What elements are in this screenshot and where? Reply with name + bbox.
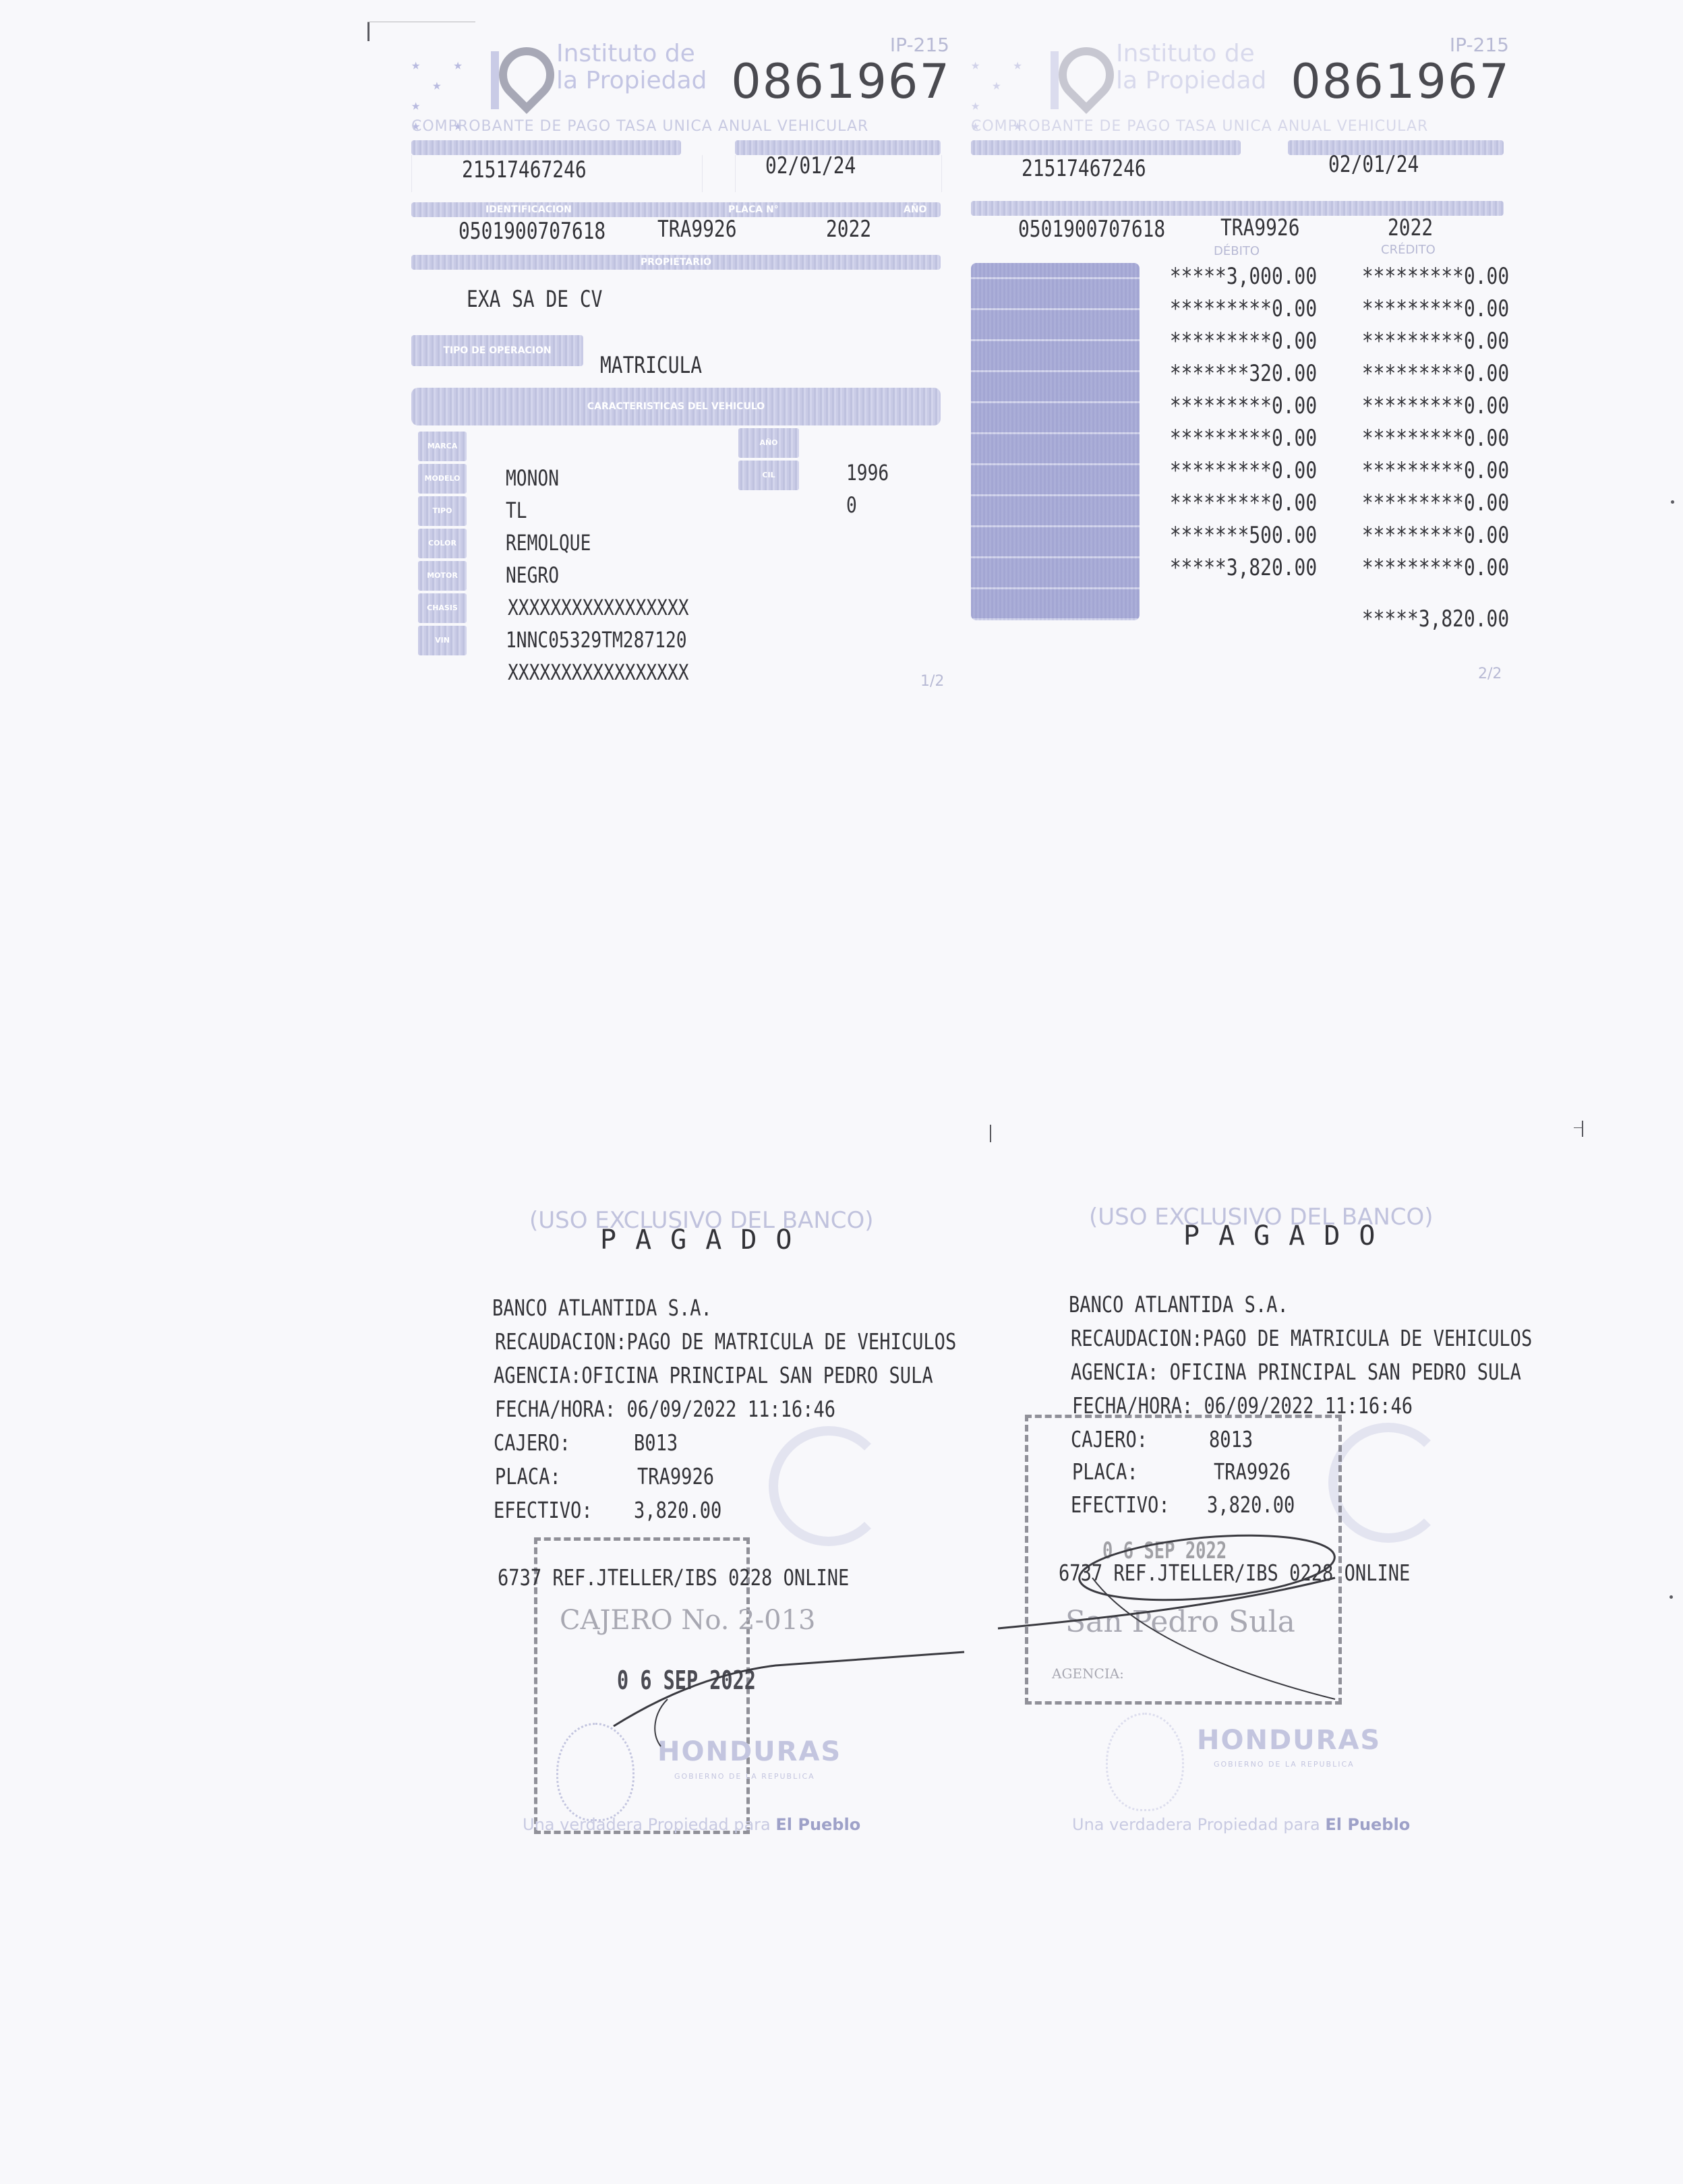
signature [492, 1200, 499, 1207]
credit-amount: *********0.00 [1362, 554, 1509, 581]
credit-amount: *********0.00 [1362, 425, 1509, 452]
cajero-label: CAJERO: [494, 1429, 570, 1456]
slogan: Una verdadera Propiedad para El Pueblo [523, 1815, 860, 1834]
credit-amount: *********0.00 [1362, 522, 1509, 549]
tipo-label: TIPO [418, 496, 467, 526]
fecha-value: 02/01/24 [1328, 151, 1419, 178]
amounts-table: *****3,000.00*********0.00*********0.00*… [971, 263, 1510, 641]
credit-amount: *********0.00 [1362, 263, 1509, 290]
stamp-agency: AGENCIA: [1052, 1665, 1124, 1682]
debit-amount: *****3,820.00 [1170, 554, 1317, 581]
chasis-value: 1NNC05329TM287120 [506, 627, 687, 653]
efectivo-label: EFECTIVO: [494, 1497, 593, 1523]
stars-icon: ★ ★ ★ ★★ ★ [971, 55, 1045, 116]
faint-stamp-circle [769, 1426, 889, 1546]
amount-row: *********0.00*********0.00 [1145, 425, 1509, 457]
caracteristicas-header: CARACTERISTICAS DEL VEHICULO [411, 388, 941, 425]
comprobante-value: 21517467246 [462, 156, 587, 183]
debit-amount: *********0.00 [1170, 295, 1317, 322]
amount-row-labels [971, 263, 1140, 620]
paid-status: PAGADO [600, 1224, 811, 1256]
reference-line: 6737 REF.JTELLER/IBS 0228 ONLINE [498, 1564, 849, 1591]
signature [1052, 1200, 1059, 1207]
placa-label: PLACA: [495, 1463, 561, 1489]
institute-name: Instituto de la Propiedad [1116, 40, 1266, 94]
placa-value: TRA9926 [637, 1463, 714, 1489]
bank-name: BANCO ATLANTIDA S.A. [492, 1295, 712, 1321]
fecha-hora-line: FECHA/HORA: 06/09/2022 11:16:46 [495, 1396, 835, 1422]
propietario-value: EXA SA DE CV [467, 286, 602, 313]
scan-tick-mark [990, 1125, 991, 1142]
agencia-line: AGENCIA: OFICINA PRINCIPAL SAN PEDRO SUL… [1071, 1359, 1521, 1385]
logo-bar [1051, 51, 1059, 109]
balance-value: *****3,820.00 [1362, 606, 1509, 632]
stamp-cashier-number: CAJERO No. 2-013 [560, 1605, 815, 1636]
tipo-operacion-header: TIPO DE OPERACION [411, 335, 583, 366]
amount-row: *****3,820.00*********0.00 [1145, 554, 1509, 587]
institute-logo: ★ ★ ★ ★★ ★ Instituto de la Propiedad [411, 40, 721, 128]
stamp-city: San Pedro Sula [1065, 1605, 1295, 1639]
debit-amount: *********0.00 [1170, 392, 1317, 419]
cajero-value: B013 [634, 1429, 678, 1456]
cil-value: 0 [846, 492, 857, 518]
scan-tick-mark [1574, 1127, 1583, 1128]
amount-row: *********0.00*********0.00 [1145, 295, 1509, 328]
document-title: COMPROBANTE DE PAGO TASA UNICA ANUAL VEH… [411, 118, 951, 135]
scan-tick-mark [1582, 1121, 1583, 1137]
document-title: COMPROBANTE DE PAGO TASA UNICA ANUAL VEH… [971, 118, 1510, 135]
cil-label: CIL [738, 461, 799, 490]
paid-status: PAGADO [1183, 1220, 1394, 1251]
placa-value: TRA9926 [657, 216, 737, 243]
scan-dot [1670, 1595, 1673, 1599]
debit-amount: *******500.00 [1170, 522, 1317, 549]
vin-value: XXXXXXXXXXXXXXXXX [508, 659, 689, 685]
anio-modelo-label: AÑO [738, 428, 799, 458]
page-indicator: 1/2 [920, 673, 944, 690]
credito-header: CRÉDITO [1381, 243, 1436, 257]
debit-amount: *********0.00 [1170, 425, 1317, 452]
modelo-label: MODELO [418, 464, 467, 494]
stars-icon: ★ ★ ★ ★★ ★ [411, 55, 485, 116]
tipo-operacion-value: MATRICULA [600, 352, 702, 379]
identificacion-value: 0501900707618 [459, 218, 606, 245]
comprobante-header [411, 140, 681, 155]
government-subtitle: GOBIERNO DE LA REPUBLICA [1214, 1760, 1355, 1769]
bank-receipt-stamp: (USO EXCLUSIVO DEL BANCO) PAGADO BANCO A… [1052, 1200, 1605, 1875]
government-subtitle: GOBIERNO DE LA REPUBLICA [674, 1772, 815, 1781]
debito-header: DÉBITO [1214, 244, 1260, 258]
credit-amount: *********0.00 [1362, 328, 1509, 355]
form-code: IP-215 [1450, 34, 1509, 56]
scan-dot [1671, 500, 1674, 504]
marca-label: MARCA [418, 432, 467, 461]
institute-logo: ★ ★ ★ ★★ ★ Instituto de la Propiedad [971, 40, 1281, 128]
amount-row: *********0.00*********0.00 [1145, 328, 1509, 360]
credit-amount: *********0.00 [1362, 360, 1509, 387]
faint-stamp-circle [1328, 1423, 1448, 1543]
payment-slip-vehicle-info: ★ ★ ★ ★★ ★ Instituto de la Propiedad IP-… [411, 27, 951, 695]
modelo-value: TL [506, 498, 527, 523]
amount-row: *******320.00*********0.00 [1145, 360, 1509, 392]
identificacion-header: IDENTIFICACION PLACA N° AÑO [411, 202, 941, 217]
amount-row: *******500.00*********0.00 [1145, 522, 1509, 554]
tipo-value: REMOLQUE [506, 530, 591, 556]
page-indicator: 2/2 [1478, 666, 1502, 682]
institute-name: Instituto de la Propiedad [556, 40, 707, 94]
anio-value: 2022 [1388, 214, 1433, 241]
motor-label: MOTOR [418, 561, 467, 591]
agencia-line: AGENCIA:OFICINA PRINCIPAL SAN PEDRO SULA [494, 1362, 933, 1388]
credit-amount: *********0.00 [1362, 295, 1509, 322]
comprobante-header [971, 140, 1241, 155]
bank-name: BANCO ATLANTIDA S.A. [1069, 1291, 1289, 1318]
marca-value: MONON [506, 465, 559, 491]
identificacion-header [971, 201, 1504, 216]
placa-value: TRA9926 [1220, 214, 1300, 241]
scan-corner-mark [367, 22, 475, 22]
propietario-header: PROPIETARIO [411, 255, 941, 270]
location-pin-icon [1047, 36, 1125, 114]
serial-number: 0861967 [1291, 54, 1510, 109]
coat-of-arms-icon [1106, 1713, 1184, 1811]
recaudacion-line: RECAUDACION:PAGO DE MATRICULA DE VEHICUL… [1071, 1325, 1532, 1351]
location-pin-icon [488, 36, 566, 114]
amount-row: *****3,000.00*********0.00 [1145, 263, 1509, 295]
vin-label: VIN [418, 626, 467, 655]
debit-amount: *****3,000.00 [1170, 263, 1317, 290]
debit-amount: *******320.00 [1170, 360, 1317, 387]
amount-row: *********0.00*********0.00 [1145, 490, 1509, 522]
recaudacion-line: RECAUDACION:PAGO DE MATRICULA DE VEHICUL… [495, 1328, 956, 1355]
coat-of-arms-icon [556, 1723, 634, 1821]
debit-amount: *********0.00 [1170, 328, 1317, 355]
efectivo-value: 3,820.00 [634, 1497, 721, 1523]
anio-modelo-value: 1996 [846, 460, 889, 485]
fecha-value: 02/01/24 [765, 152, 856, 179]
slogan: Una verdadera Propiedad para El Pueblo [1072, 1815, 1410, 1834]
amount-row: *********0.00*********0.00 [1145, 457, 1509, 490]
comprobante-value: 21517467246 [1022, 155, 1146, 182]
credit-amount: *********0.00 [1362, 457, 1509, 484]
form-code: IP-215 [890, 34, 949, 56]
balance-row: *****3,820.00 [1145, 606, 1509, 638]
honduras-logo: HONDURAS [657, 1736, 841, 1767]
credit-amount: *********0.00 [1362, 490, 1509, 517]
honduras-logo: HONDURAS [1197, 1725, 1381, 1756]
scan-corner-mark [367, 22, 370, 41]
serial-number: 0861967 [731, 54, 951, 109]
identificacion-value: 0501900707618 [1018, 216, 1165, 243]
stamp-date: 0 6 SEP 2022 [617, 1665, 756, 1695]
anio-value: 2022 [826, 216, 871, 243]
payment-slip-amounts: ★ ★ ★ ★★ ★ Instituto de la Propiedad IP-… [971, 27, 1510, 695]
chasis-label: CHASIS [418, 593, 467, 623]
color-value: NEGRO [506, 562, 559, 588]
logo-bar [491, 51, 499, 109]
bank-receipt-stamp: (USO EXCLUSIVO DEL BANCO) PAGADO BANCO A… [492, 1200, 1045, 1875]
debit-amount: *********0.00 [1170, 457, 1317, 484]
credit-amount: *********0.00 [1362, 392, 1509, 419]
amount-row: *********0.00*********0.00 [1145, 392, 1509, 425]
motor-value: XXXXXXXXXXXXXXXXX [508, 595, 689, 620]
debit-amount: *********0.00 [1170, 490, 1317, 517]
color-label: COLOR [418, 529, 467, 558]
